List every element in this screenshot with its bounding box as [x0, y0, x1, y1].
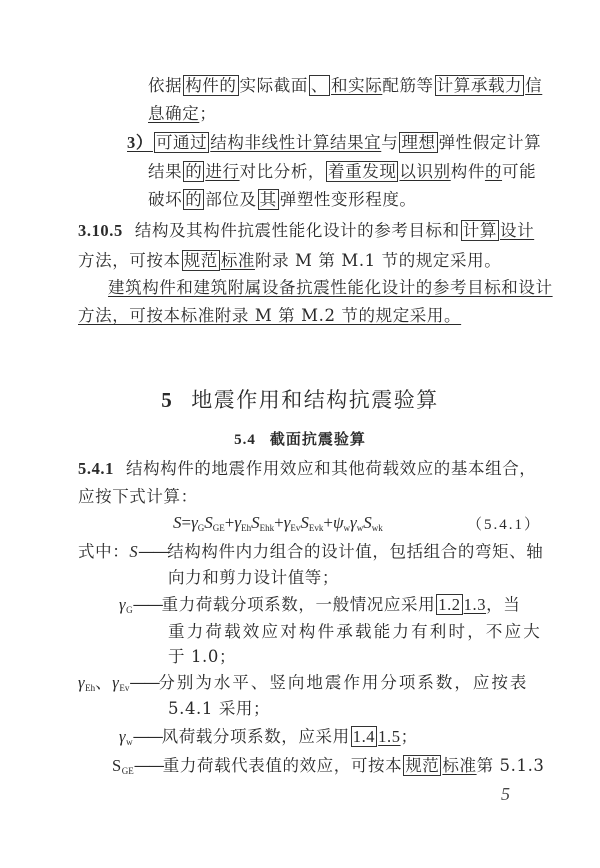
inserted-text: 信 — [525, 76, 542, 95]
def-SGE-line: SGE——重力荷载代表值的效应，可按本规范标准第 5.1.3 — [112, 755, 545, 782]
item-2-line-1: 依据构件的实际截面、和实际配筋等计算承载力信 — [148, 75, 542, 97]
deleted-text-box: 计算 — [461, 220, 499, 241]
deleted-text-box: 构件的 — [183, 75, 238, 96]
clause-number: 5.4.1 — [78, 459, 114, 478]
clause-3-10-5-added-line-2: 方法，可按本标准附录 M 第 M.2 节的规定采用。 — [78, 305, 461, 327]
inserted-text: 方法，可按本标准附录 M 第 M.2 节的规定采用。 — [78, 306, 461, 325]
section-heading: 5.4截面抗震验算 — [0, 428, 600, 449]
deleted-text-box: 规范 — [182, 250, 220, 271]
def-S-line-1: 式中：S——结构构件内力组合的设计值，包括组合的弯矩、轴 — [78, 541, 543, 563]
def-gammaEh-Ev-line-2: 5.4.1 采用； — [168, 698, 270, 720]
clause-5-4-1-line-2: 应按下式计算： — [78, 486, 198, 508]
deleted-text-box: 可通过 — [154, 132, 209, 153]
def-gammaEh-Ev-line-1: γEh、γEv——分别为水平、竖向地震作用分项系数，应按表 — [78, 672, 528, 699]
item-3-line-3: 破坏的部位及其弹塑性变形程度。 — [148, 189, 417, 211]
page-number: 5 — [501, 784, 510, 805]
chapter-heading: 5地震作用和结构抗震验算 — [0, 384, 600, 414]
item-3-line-2: 结果的进行对比分析，着重发现以识别构件的可能 — [148, 161, 536, 183]
deleted-text-box: 1.2 — [436, 594, 462, 615]
def-gammaG-line-2: 重力荷载效应对构件承载能力有利时，不应大 — [168, 621, 542, 643]
inserted-text: 息确定 — [148, 104, 199, 123]
inserted-text: 进行 — [205, 162, 239, 181]
def-gammaG-line-1: γG——重力荷载分项系数，一般情况应采用1.21.3，当 — [119, 594, 520, 621]
def-S-line-2: 向力和剪力设计值等； — [168, 567, 339, 589]
chapter-number: 5 — [161, 388, 173, 412]
deleted-text-box: 的 — [183, 189, 204, 210]
inserted-text: 标准 — [442, 756, 476, 775]
clause-number: 3.10.5 — [78, 221, 123, 240]
deleted-text-box: 计算承载力 — [435, 75, 525, 96]
deleted-text-box: 规范 — [403, 755, 441, 776]
section-number: 5.4 — [234, 432, 256, 448]
deleted-text-box: 、 — [309, 75, 330, 96]
deleted-text-box: 着重发现 — [326, 161, 398, 182]
inserted-text: 的 — [485, 162, 502, 181]
clause-5-4-1-line-1: 5.4.1结构构件的地震作用效应和其他荷载效应的基本组合， — [78, 458, 536, 480]
inserted-text: 1.5 — [378, 727, 400, 746]
clause-3-10-5-added-line-1: 建筑构件和建筑附属设备抗震性能化设计的参考目标和设计 — [108, 277, 553, 299]
inserted-text: 建筑构件和建筑附属设备抗震性能化设计的参考目标和设计 — [108, 278, 553, 297]
inserted-text: 设计 — [500, 221, 534, 240]
inserted-text: 和实际 — [331, 76, 382, 95]
inserted-text: 结构非线性计算结果宜 — [210, 133, 381, 152]
deleted-text-box: 其 — [258, 189, 279, 210]
clause-3-10-5-line-1: 3.10.5结构及其构件抗震性能化设计的参考目标和计算设计 — [78, 220, 534, 242]
deleted-text-box: 理想 — [399, 132, 437, 153]
formula-5-4-1: S=γGSGE+γEhSEhk+γEvSEvk+ψwγwSwk — [173, 513, 383, 533]
equation-number: （5.4.1） — [467, 513, 541, 534]
chapter-title: 地震作用和结构抗震验算 — [191, 388, 439, 412]
deleted-text-box: 1.4 — [351, 726, 377, 747]
item-3-line-1: 3）可通过结构非线性计算结果宜与理想弹性假定计算 — [127, 132, 541, 154]
item-2-line-2: 息确定； — [148, 103, 216, 125]
inserted-text: 以识别 — [399, 162, 450, 181]
def-gammaw-line: γw——风荷载分项系数，应采用1.41.5； — [119, 726, 418, 753]
def-gammaG-line-3: 于 1.0； — [168, 646, 236, 668]
inserted-text: 1.3 — [464, 595, 486, 614]
section-title: 截面抗震验算 — [270, 430, 366, 448]
deleted-text-box: 的 — [183, 161, 204, 182]
inserted-text: 标准 — [221, 251, 255, 270]
clause-3-10-5-line-2: 方法，可按本规范标准附录 M 第 M.1 节的规定采用。 — [78, 250, 501, 272]
item-3-number: 3） — [127, 133, 153, 152]
